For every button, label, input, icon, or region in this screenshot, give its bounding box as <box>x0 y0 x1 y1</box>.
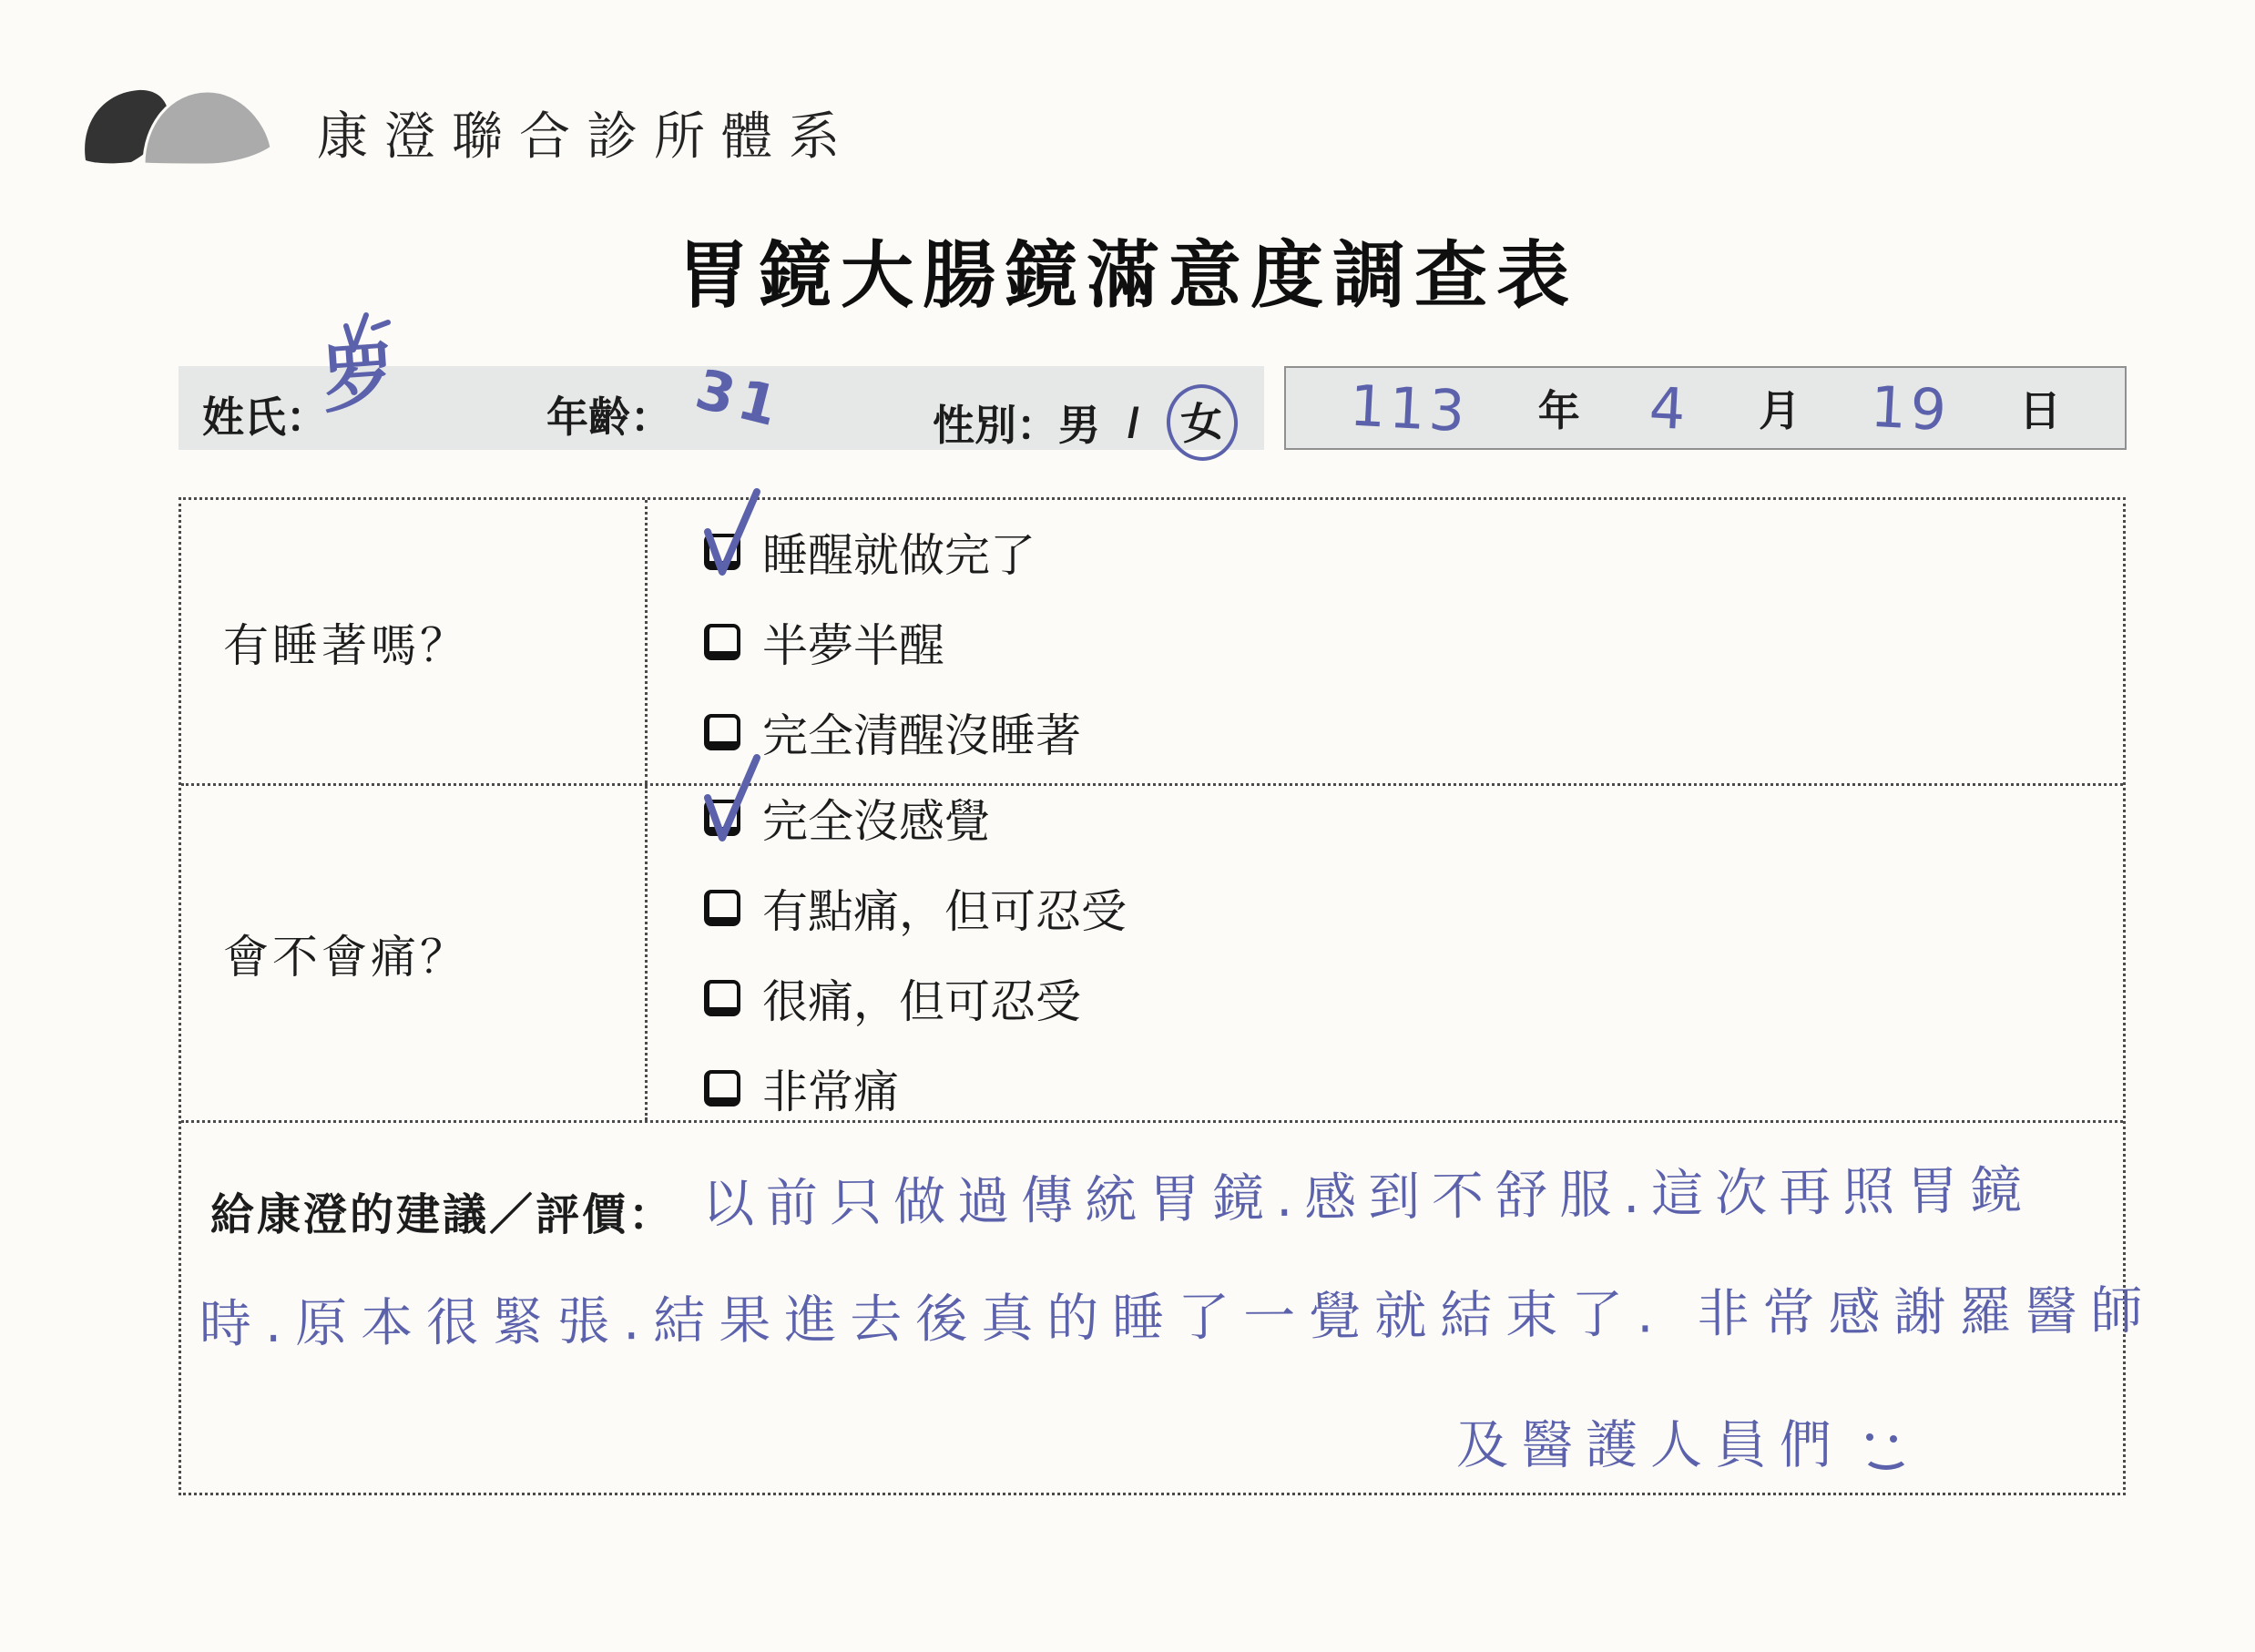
date-year-value[interactable]: 113 <box>1348 372 1470 444</box>
option-pain-3[interactable]: 很痛，但可忍受 <box>704 965 2123 1031</box>
checkbox-pain-2[interactable] <box>704 890 740 926</box>
age-label: 年齡： <box>546 384 672 444</box>
age-handwritten-value[interactable]: 31 <box>690 362 788 435</box>
gender-female-circled[interactable]: 女 <box>1163 381 1241 464</box>
checkbox-sleep-3[interactable] <box>704 714 740 750</box>
option-pain-4[interactable]: 非常痛 <box>704 1055 2123 1121</box>
clinic-name: 康澄聯合診所體系 <box>317 97 856 169</box>
patient-info-band: 姓氏： 罗 年齡： 31 性別：男 / 女 <box>179 366 1264 450</box>
option-sleep-2[interactable]: 半夢半醒 <box>704 609 2123 675</box>
comment-handwritten-line-3[interactable]: 及醫護人員們 <box>1456 1414 1906 1476</box>
option-text: 有點痛，但可忍受 <box>762 875 1127 941</box>
name-handwritten-value[interactable]: 罗 <box>320 340 397 417</box>
checkbox-sleep-1[interactable] <box>704 534 740 570</box>
comments-label: 給康澄的建議／評價： <box>210 1179 675 1242</box>
date-year-label: 年 <box>1538 378 1580 438</box>
date-band: 113 年 4 月 19 日 <box>1284 366 2127 450</box>
clinic-logo-icon <box>80 84 281 175</box>
checkbox-pain-1[interactable] <box>704 800 740 836</box>
smiley-face-icon <box>1859 1432 1906 1468</box>
question-label-sleep: 有睡著嗎？ <box>181 500 648 783</box>
checkbox-sleep-2[interactable] <box>704 624 740 660</box>
date-month-label: 月 <box>1759 378 1801 438</box>
option-text: 很痛，但可忍受 <box>762 965 1081 1031</box>
option-text: 完全沒感覺 <box>762 785 990 851</box>
option-text: 睡醒就做完了 <box>762 519 1036 585</box>
option-pain-1[interactable]: 完全沒感覺 <box>704 785 2123 851</box>
date-day-label: 日 <box>2019 378 2061 438</box>
comment-handwritten-line-2[interactable]: 時.原本很緊張.結果進去後真的睡了一覺就結束了. 非常感謝羅醫師 <box>199 1280 2157 1356</box>
option-sleep-1[interactable]: 睡醒就做完了 <box>704 519 2123 585</box>
options-sleep: 睡醒就做完了 半夢半醒 完全清醒沒睡著 <box>648 500 2123 783</box>
gender-field: 性別：男 / 女 <box>933 384 1238 461</box>
date-month-value[interactable]: 4 <box>1648 373 1690 442</box>
checkbox-pain-3[interactable] <box>704 980 740 1016</box>
question-row-pain: 會不會痛？ 完全沒感覺 有點痛，但可忍受 很痛，但可忍受 <box>181 786 2123 1123</box>
comments-section: 給康澄的建議／評價： 以前只做過傳統胃鏡.感到不舒服.這次再照胃鏡 時.原本很緊… <box>181 1123 2123 1493</box>
options-pain: 完全沒感覺 有點痛，但可忍受 很痛，但可忍受 非常痛 <box>648 786 2123 1120</box>
checkbox-pain-4[interactable] <box>704 1070 740 1106</box>
option-pain-2[interactable]: 有點痛，但可忍受 <box>704 875 2123 941</box>
form-title: 胃鏡大腸鏡滿意度調查表 <box>0 217 2255 321</box>
question-label-pain: 會不會痛？ <box>181 786 648 1120</box>
option-text: 非常痛 <box>762 1055 899 1121</box>
name-label: 姓氏： <box>202 384 328 444</box>
gender-label-male: 性別：男 <box>933 393 1100 453</box>
option-sleep-3[interactable]: 完全清醒沒睡著 <box>704 699 2123 765</box>
question-row-sleep: 有睡著嗎？ 睡醒就做完了 半夢半醒 完全清醒沒睡著 <box>181 500 2123 786</box>
comment-line-3-text: 及醫護人員們 <box>1456 1415 1844 1475</box>
gender-label-female: 女 <box>1179 397 1225 449</box>
checkmark-icon <box>699 484 770 579</box>
survey-table: 有睡著嗎？ 睡醒就做完了 半夢半醒 完全清醒沒睡著 <box>179 497 2126 1495</box>
option-text: 完全清醒沒睡著 <box>762 699 1081 765</box>
option-text: 半夢半醒 <box>762 609 944 675</box>
gender-separator: / <box>1127 398 1139 447</box>
survey-form-page: 康澄聯合診所體系 胃鏡大腸鏡滿意度調查表 姓氏： 罗 年齡： 31 性別：男 /… <box>0 0 2255 1652</box>
comment-handwritten-line-1[interactable]: 以前只做過傳統胃鏡.感到不舒服.這次再照胃鏡 <box>702 1159 2035 1236</box>
date-day-value[interactable]: 19 <box>1869 372 1952 443</box>
